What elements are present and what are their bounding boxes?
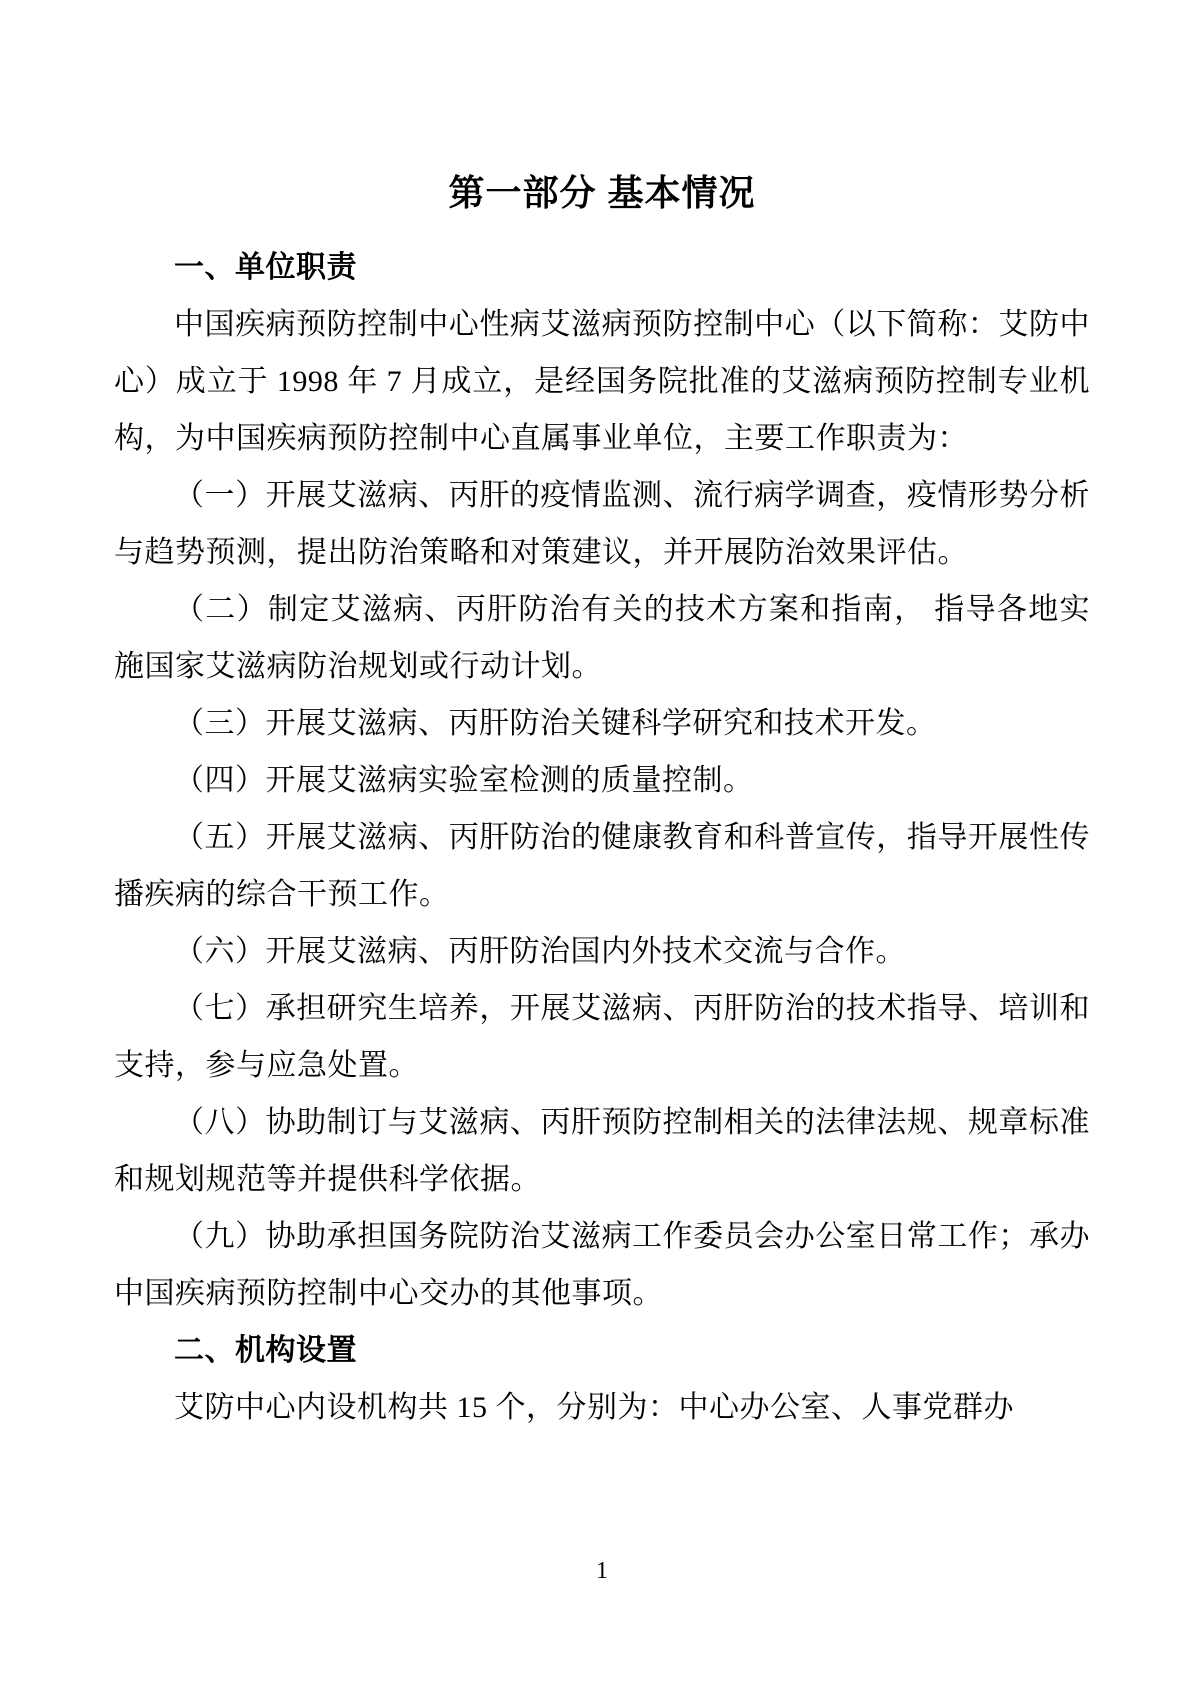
paragraph: 中国疾病预防控制中心性病艾滋病预防控制中心（以下简称：艾防中心）成立于 1998… xyxy=(114,296,1090,467)
paragraph: （六）开展艾滋病、丙肝防治国内外技术交流与合作。 xyxy=(114,923,1090,980)
paragraph: （四）开展艾滋病实验室检测的质量控制。 xyxy=(114,752,1090,809)
section-heading-1: 一、单位职责 xyxy=(114,239,1090,296)
document-body: 一、单位职责中国疾病预防控制中心性病艾滋病预防控制中心（以下简称：艾防中心）成立… xyxy=(114,239,1090,1436)
paragraph: （一）开展艾滋病、丙肝的疫情监测、流行病学调查，疫情形势分析与趋势预测，提出防治… xyxy=(114,467,1090,581)
paragraph: （九）协助承担国务院防治艾滋病工作委员会办公室日常工作；承办中国疾病预防控制中心… xyxy=(114,1208,1090,1322)
page-number: 1 xyxy=(114,1556,1090,1586)
paragraph: （三）开展艾滋病、丙肝防治关键科学研究和技术开发。 xyxy=(114,695,1090,752)
paragraph: （八）协助制订与艾滋病、丙肝预防控制相关的法律法规、规章标准和规划规范等并提供科… xyxy=(114,1094,1090,1208)
section-heading-2: 二、机构设置 xyxy=(114,1322,1090,1379)
document-title: 第一部分 基本情况 xyxy=(114,164,1090,221)
paragraph: （五）开展艾滋病、丙肝防治的健康教育和科普宣传，指导开展性传播疾病的综合干预工作… xyxy=(114,809,1090,923)
paragraph: （二）制定艾滋病、丙肝防治有关的技术方案和指南， 指导各地实施国家艾滋病防治规划… xyxy=(114,581,1090,695)
paragraph: 艾防中心内设机构共 15 个，分别为：中心办公室、人事党群办 xyxy=(114,1379,1090,1436)
document-page: 第一部分 基本情况 一、单位职责中国疾病预防控制中心性病艾滋病预防控制中心（以下… xyxy=(0,0,1190,1684)
paragraph: （七）承担研究生培养，开展艾滋病、丙肝防治的技术指导、培训和支持，参与应急处置。 xyxy=(114,980,1090,1094)
